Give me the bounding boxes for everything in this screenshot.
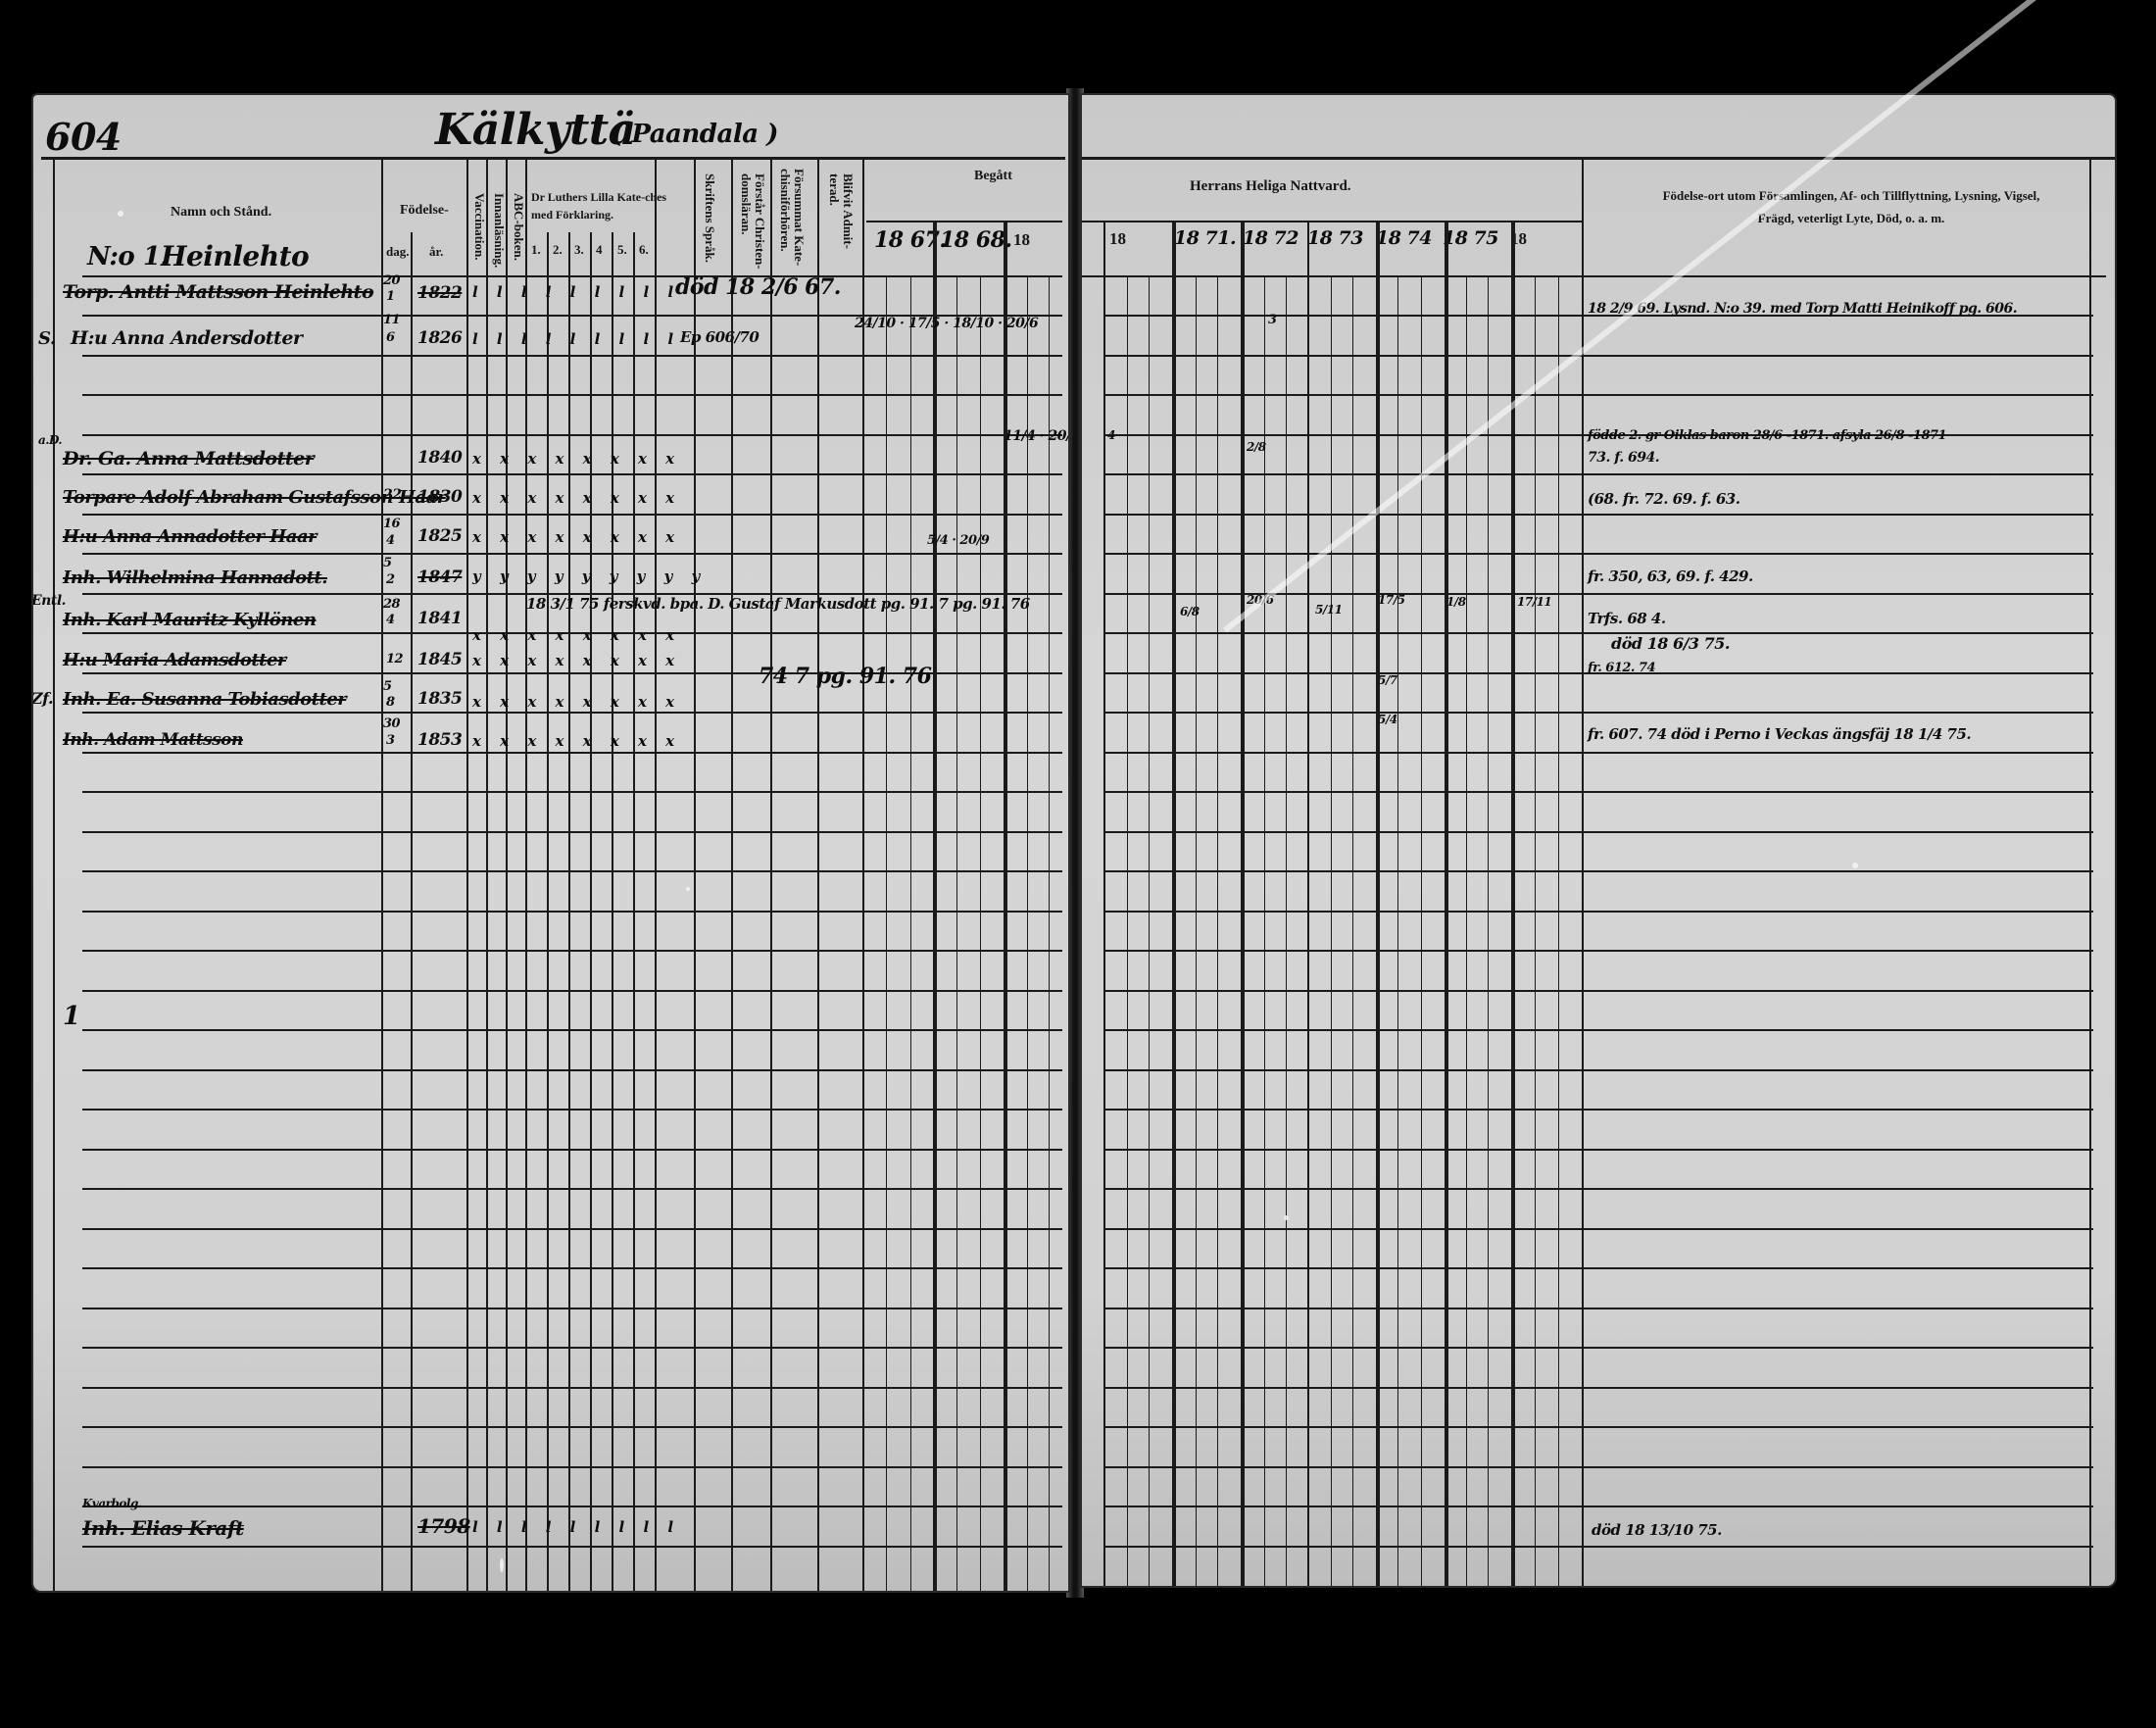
row-3-begatt: 11/4 · 20/7	[1004, 428, 1070, 444]
ruled-line	[1103, 831, 2093, 833]
row-10-year: 1835	[417, 689, 462, 709]
ruled-line	[1103, 553, 2093, 555]
ruled-line	[82, 1267, 1062, 1269]
catechism-col-4: 4	[596, 242, 617, 258]
ruled-line	[82, 1347, 1062, 1349]
ruled-line	[1103, 791, 2093, 793]
header-birth-year: år.	[429, 244, 443, 260]
ruled-line	[82, 752, 1062, 754]
ruled-line	[82, 1109, 1062, 1111]
ruled-line	[1103, 1188, 2093, 1190]
row-10-name[interactable]: Inh. Ea. Susanna Tobiasdotter	[63, 689, 346, 710]
ruled-line	[82, 1188, 1062, 1190]
year-1868: 18 68.	[940, 227, 1012, 253]
ruled-line	[82, 870, 1062, 872]
nattvard-year-6: 18 75	[1443, 227, 1498, 249]
row-2-begatt: 24/10 · 17/5 · 18/10 · 20/6	[855, 316, 1038, 331]
header-name-stand: Namn och Stånd.	[171, 205, 271, 221]
remark-row-7: fr. 350, 63, 69. f. 429.	[1588, 568, 1753, 585]
ruled-line	[82, 1149, 1062, 1151]
row-9-marks: x x x x x x x x	[472, 652, 681, 669]
ruled-line	[82, 990, 1062, 992]
ruled-line	[1103, 1308, 2093, 1309]
ruled-line	[1103, 514, 2093, 516]
catechism-col-1: 1.	[531, 242, 553, 258]
row-5-year: 1830	[417, 487, 462, 507]
row-3-name[interactable]: Dr. Ga. Anna Mattsdotter	[63, 448, 314, 469]
row-10-extra: 74 7 pg. 91. 76	[759, 664, 931, 689]
ruled-line	[1103, 1109, 2093, 1111]
header-nattvard: Herrans Heliga Nattvard.	[1190, 178, 1351, 195]
header-forstar: Förstår Christen-domsläran.	[739, 173, 766, 272]
remark-row-8: Trfs. 68 4.	[1588, 610, 1666, 627]
remark-row-9: död 18 6/3 75.	[1611, 634, 1730, 653]
row-1-day: 20	[383, 273, 400, 288]
remark-bottom-entry: död 18 13/10 75.	[1592, 1521, 1722, 1539]
row-1-name[interactable]: Torp. Antti Mattsson Heinlehto	[63, 281, 373, 303]
header-remarks-line1: Födelse-ort utom Församlingen, Af- och T…	[1592, 188, 2111, 204]
row-2-name[interactable]: H:u Anna Andersdotter	[71, 327, 302, 349]
row-1-month: 1	[386, 289, 395, 304]
row-2-month: 6	[386, 330, 395, 345]
row-8-day: 28	[383, 597, 400, 612]
catechism-col-6: 6.	[639, 242, 661, 258]
remark-row-4: 73. f. 694.	[1588, 450, 1659, 466]
ruled-line	[82, 1546, 1062, 1548]
row-9-year: 1845	[417, 650, 462, 669]
ruled-line	[82, 514, 1062, 516]
row-7-name[interactable]: Inh. Wilhelmina Hannadott.	[63, 568, 327, 588]
row-11-name[interactable]: Inh. Adam Mattsson	[63, 730, 243, 750]
bottom-entry-prefix: Kvarbolg.	[82, 1497, 142, 1510]
nattvard-mark-8: 1/8	[1446, 595, 1466, 609]
bottom-entry-year: 1798	[417, 1514, 470, 1538]
row-10-prefix: Zf.	[31, 689, 53, 708]
row-9-name[interactable]: H:u Maria Adamsdotter	[63, 650, 286, 670]
row-6-year: 1825	[417, 526, 462, 546]
row-6-day: 16	[383, 517, 400, 531]
left-page: 604 Kälkyttä ( Paandala ) Namn och Stånd…	[31, 93, 1070, 1593]
household-number: N:o 1.	[87, 242, 169, 272]
row-8-prefix: Entl.	[31, 593, 66, 609]
row-6-month: 4	[386, 533, 395, 548]
ruled-line	[1103, 1426, 2093, 1428]
remark-row-2: 18 2/9 69. Lysnd. N:o 39. med Torp Matti…	[1588, 301, 2017, 317]
remark-row-11: fr. 607. 74 död i Perno i Veckas ängsfäj…	[1588, 725, 1971, 743]
ruled-line	[1103, 1228, 2093, 1230]
row-3-marks: x x x x x x x x	[472, 450, 681, 468]
row-7-month: 2	[386, 572, 395, 587]
row-8-name[interactable]: Inh. Karl Mauritz Kyllönen	[63, 610, 316, 630]
village-title: Kälkyttä	[435, 105, 636, 155]
row-10-month: 8	[386, 695, 395, 710]
row-8-extra: 18 3/1 75 ferskvd. bpa. D. Gustaf Markus…	[526, 595, 1030, 613]
catechism-columns: 1. 2. 3. 4 5. 6.	[531, 242, 688, 258]
household-name: Heinlehto	[161, 240, 309, 272]
ruled-line	[82, 434, 1062, 436]
ruled-line	[82, 1466, 1062, 1468]
ruled-line	[1103, 1029, 2093, 1031]
row-3-year: 1840	[417, 448, 462, 468]
ruled-line	[82, 473, 1062, 475]
ruled-line	[1103, 990, 2093, 992]
bottom-entry-marks: l l l l l l l l l	[472, 1518, 680, 1536]
nattvard-mark-11: 5/4	[1378, 713, 1397, 726]
header-innanlasning: Innanläsning.	[492, 193, 506, 268]
remark-row-5: (68. fr. 72. 69. f. 63.	[1588, 490, 1739, 508]
remark-row-3: födde 2. gr Oiklas baron 28/6 -1871. afs…	[1588, 428, 1946, 443]
nattvard-year-5: 18 74	[1376, 227, 1432, 249]
ruled-line	[1103, 752, 2093, 754]
ruled-line	[82, 355, 1062, 357]
year-18-blank: 18	[1013, 230, 1030, 250]
catechism-col-3: 3.	[574, 242, 596, 258]
right-page: Herrans Heliga Nattvard. 18 18 71. 18 72…	[1080, 93, 2117, 1588]
row-6-begatt: 5/4 · 20/9	[927, 533, 989, 548]
ruled-line	[1103, 1149, 2093, 1151]
ruled-line	[1103, 1267, 2093, 1269]
ruled-line	[82, 712, 1062, 714]
row-2-extra: Ep 606/70	[680, 328, 759, 346]
header-remarks-line2: Frägd, veterligt Lyte, Död, o. a. m.	[1592, 211, 2111, 226]
row-5-marks: x x x x x x x x	[472, 489, 681, 507]
ruled-line	[1103, 950, 2093, 952]
nattvard-mark-2: 4	[1107, 428, 1115, 442]
header-begatt: Begått	[974, 169, 1012, 184]
nattvard-year-4: 18 73	[1307, 227, 1363, 249]
ruled-line	[1103, 394, 2093, 396]
page-number: 604	[45, 115, 122, 159]
nattvard-mark-10: 5/7	[1378, 673, 1397, 687]
ruled-line	[82, 831, 1062, 833]
catechism-col-5: 5.	[617, 242, 639, 258]
ruled-line	[82, 553, 1062, 555]
header-catechism: Dr Luthers Lilla Kate-ches med Förklarin…	[531, 188, 688, 223]
nattvard-mark-4: 6/8	[1180, 605, 1200, 618]
ruled-line	[1103, 1466, 2093, 1468]
row-1-year: 1822	[417, 283, 462, 303]
ruled-line	[1103, 712, 2093, 714]
ruled-line	[1103, 1546, 2093, 1548]
ruled-line	[1103, 1387, 2093, 1389]
catechism-col-2: 2.	[553, 242, 574, 258]
row-1-marks: l l l l l l l l l	[472, 283, 680, 301]
nattvard-mark-7: 17/5	[1378, 593, 1404, 607]
row-6-name[interactable]: H:u Anna Annadotter Haar	[63, 526, 317, 547]
ruled-line	[82, 791, 1062, 793]
ruled-line	[1103, 632, 2093, 634]
row-2-prefix: S.	[38, 328, 56, 349]
nattvard-year-3: 18 72	[1243, 227, 1298, 249]
ruled-line	[82, 1426, 1062, 1428]
nattvard-year-2: 18 71.	[1174, 227, 1236, 249]
row-11-month: 3	[386, 733, 395, 748]
nattvard-mark-1: 3	[1268, 313, 1277, 327]
header-skriftens-sprak: Skriftens Språk.	[703, 173, 716, 263]
row-7-marks: y y y y y y y y y	[472, 568, 707, 585]
ruled-line	[82, 1387, 1062, 1389]
row-11-year: 1853	[417, 730, 462, 750]
ruled-line	[82, 1308, 1062, 1309]
parish-note: ( Paandala )	[612, 120, 778, 149]
ruled-line	[1103, 870, 2093, 872]
header-admitterad: Blifvit Admit-terad.	[827, 173, 855, 262]
ruled-line	[1103, 355, 2093, 357]
nattvard-year-1: 18	[1109, 229, 1126, 249]
header-vaccination: Vaccination.	[472, 193, 486, 261]
ruled-line	[82, 911, 1062, 913]
row-9-month: 12	[386, 652, 403, 667]
ruled-line	[1103, 911, 2093, 913]
header-birth: Födelse-	[400, 203, 449, 219]
ruled-line	[82, 1228, 1062, 1230]
row-2-marks: l l l l l l l l l	[472, 330, 680, 348]
row-11-marks: x x x x x x x x	[472, 732, 681, 750]
row-6-marks: x x x x x x x x	[472, 528, 681, 546]
remark-row-10: fr. 612. 74	[1588, 661, 1655, 675]
row-2-day: 11	[383, 313, 400, 327]
ruled-line	[1103, 473, 2093, 475]
ruled-line	[1103, 1069, 2093, 1071]
margin-note: 1	[63, 1002, 80, 1031]
nattvard-mark-6: 5/11	[1315, 603, 1342, 617]
row-7-year: 1847	[417, 568, 462, 587]
header-birth-day: dag.	[386, 244, 409, 260]
nattvard-mark-9: 17/11	[1517, 595, 1551, 609]
ruled-line	[1103, 1347, 2093, 1349]
row-5-day: 22	[383, 487, 401, 503]
row-2-year: 1826	[417, 328, 462, 348]
header-abc-boken: ABC-boken.	[512, 193, 525, 261]
ruled-line	[82, 1029, 1062, 1031]
row-8-month: 4	[386, 613, 395, 627]
row-10-day: 5	[383, 679, 392, 694]
row-8-year: 1841	[417, 609, 462, 628]
ruled-line	[82, 950, 1062, 952]
row-11-day: 30	[383, 716, 400, 731]
row-10-marks: x x x x x x x x	[472, 693, 681, 711]
nattvard-mark-3: 2/8	[1247, 440, 1266, 454]
bottom-entry-name[interactable]: Inh. Elias Kraft	[82, 1516, 244, 1540]
ruled-line	[82, 1069, 1062, 1071]
ruled-line	[82, 394, 1062, 396]
row-1-extra: död 18 2/6 67.	[675, 274, 841, 300]
row-3-prefix: a.D.	[38, 433, 62, 447]
row-8-marks: x x x x x x x x	[472, 626, 681, 644]
ruled-line	[1103, 1506, 2093, 1507]
row-7-day: 5	[383, 556, 392, 570]
ruled-line	[82, 1506, 1062, 1507]
header-forsummat: Försummat Kate-chisniförhören.	[778, 169, 806, 276]
